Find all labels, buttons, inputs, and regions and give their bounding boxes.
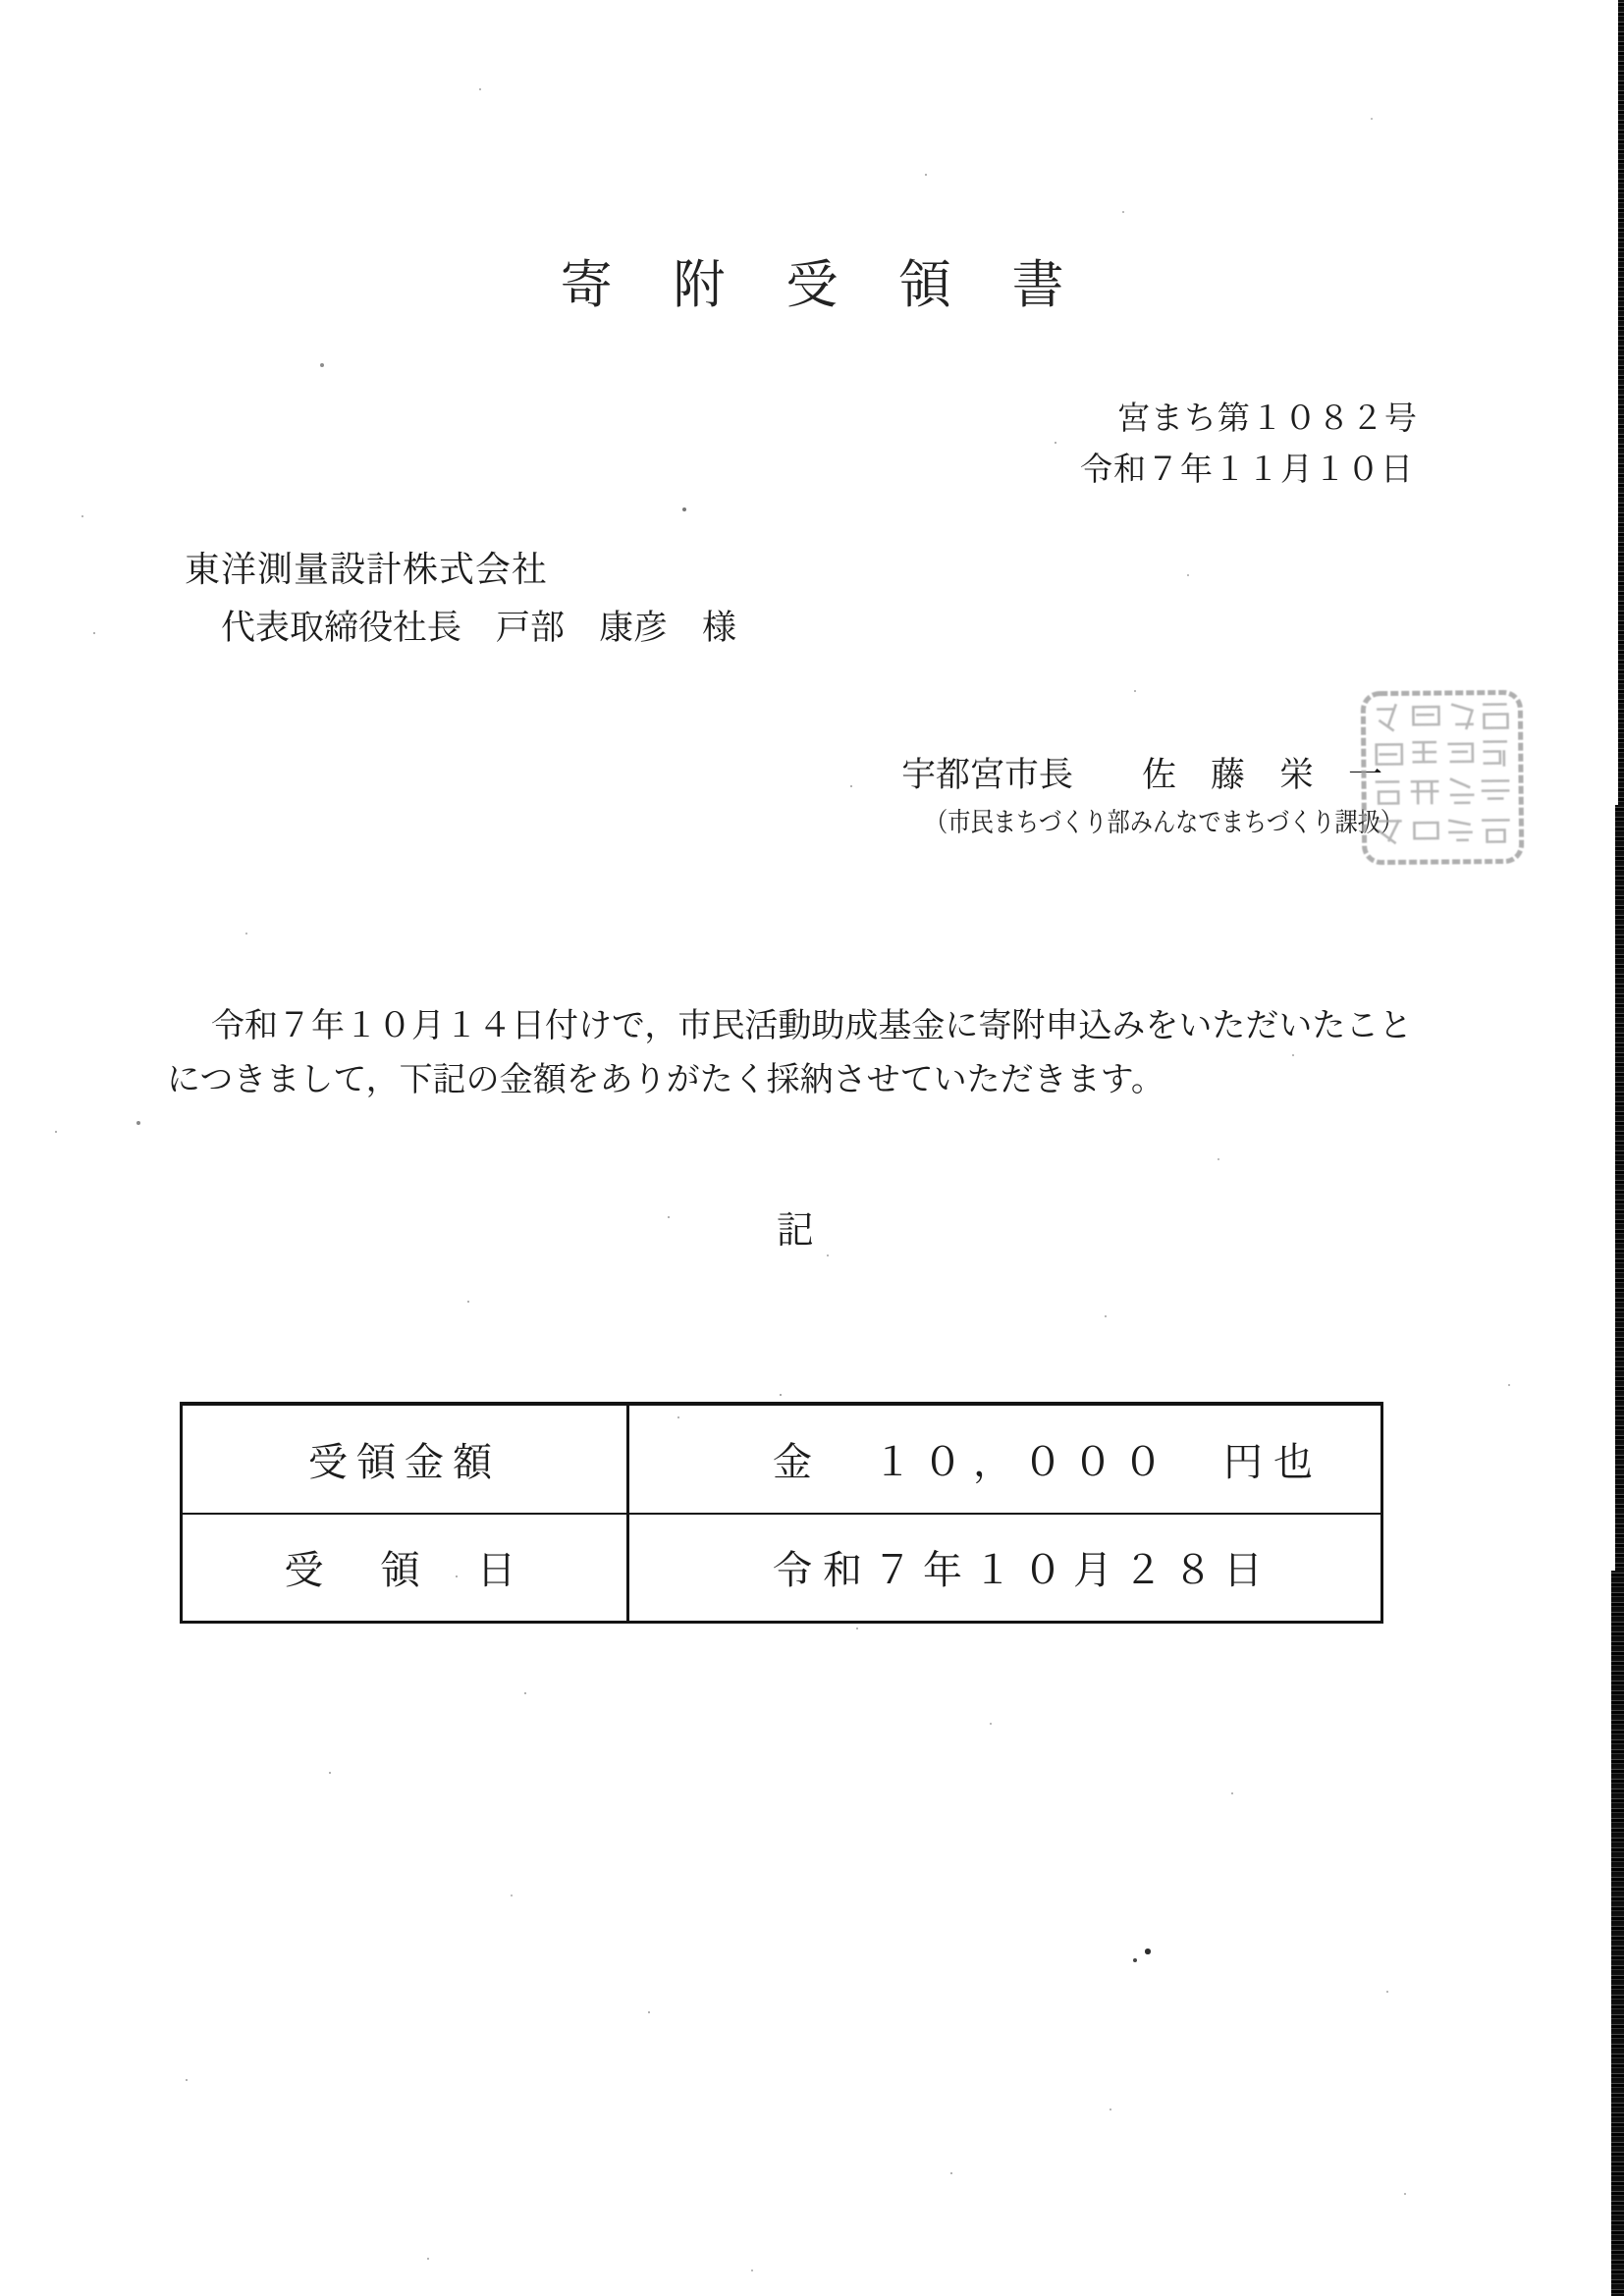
sender-signature: 宇都宮市長 佐 藤 栄 一 [901,748,1382,797]
date-label-cell: 受 領 日 [183,1515,629,1622]
scan-edge-artifact [1618,0,1624,805]
document-number: 宮まち第１０８２号 [1117,393,1418,439]
scan-edge-artifact [1615,805,1624,1571]
body-line-2: につきまして，下記の金額をありがたく採納させていただきます。 [167,1053,1412,1107]
sender-department-note: （市民まちづくり部みんなでまちづくり課扱） [925,801,1403,839]
body-line-1: 令和７年１０月１４日付けで，市民活動助成基金に寄附申込みをいただいたこと [167,999,1412,1053]
scan-noise-specks [0,0,2,2]
recipient-company: 東洋測量設計株式会社 [185,542,548,592]
scan-edge-artifact [1611,1571,1624,2296]
scanned-document-page: 寄附受領書 宮まち第１０８２号 令和７年１１月１０日 東洋測量設計株式会社 代表… [0,0,1624,2296]
receipt-table: 受領金額 金 １０，０００ 円也 受 領 日 令和７年１０月２８日 [180,1402,1383,1624]
issue-date: 令和７年１１月１０日 [1080,444,1414,490]
seal-graphic [1358,686,1529,870]
amount-label-cell: 受領金額 [183,1406,629,1513]
table-row-amount: 受領金額 金 １０，０００ 円也 [183,1406,1380,1515]
table-row-date: 受 領 日 令和７年１０月２８日 [183,1515,1380,1622]
amount-value-cell: 金 １０，０００ 円也 [629,1406,1380,1513]
recipient-addressee: 代表取締役社長 戸部 康彦 様 [221,601,736,650]
body-paragraph: 令和７年１０月１４日付けで，市民活動助成基金に寄附申込みをいただいたこと につき… [167,999,1412,1107]
record-marker: 記 [0,1200,1624,1254]
official-seal-stamp-icon [1358,686,1529,870]
date-value-cell: 令和７年１０月２８日 [629,1515,1380,1622]
page-title: 寄附受領書 [0,243,1624,318]
